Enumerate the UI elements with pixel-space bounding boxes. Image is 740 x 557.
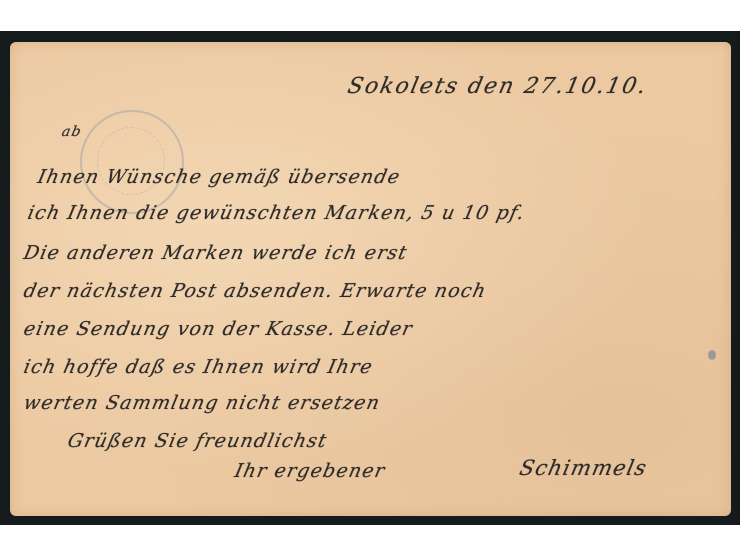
body-line-4: der nächsten Post absenden. Erwarte noch — [22, 280, 489, 302]
body-line-5: eine Sendung von der Kasse. Leider — [22, 318, 415, 340]
body-line-7: werten Sammlung nicht ersetzen — [22, 392, 383, 414]
body-line-2: ich Ihnen die gewünschten Marken, 5 u 10… — [26, 202, 528, 224]
body-line-3: Die anderen Marken werde ich erst — [22, 242, 410, 264]
body-line-6: ich hoffe daß es Ihnen wird Ihre — [22, 356, 376, 378]
margin-note: ab — [60, 124, 83, 140]
closing-line: Grüßen Sie freundlichst — [66, 430, 330, 452]
body-line-1: Ihnen Wünsche gemäß übersende — [36, 166, 403, 188]
valediction-line: Ihr ergebener — [233, 460, 388, 482]
signature: Schimmels — [517, 456, 649, 480]
postcard: Sokolets den 27.10.10. ab Ihnen Wünsche … — [10, 42, 731, 516]
place-date: Sokolets den 27.10.10. — [345, 74, 650, 99]
ink-stain — [708, 350, 716, 360]
postmark-stamp-icon — [80, 110, 184, 214]
